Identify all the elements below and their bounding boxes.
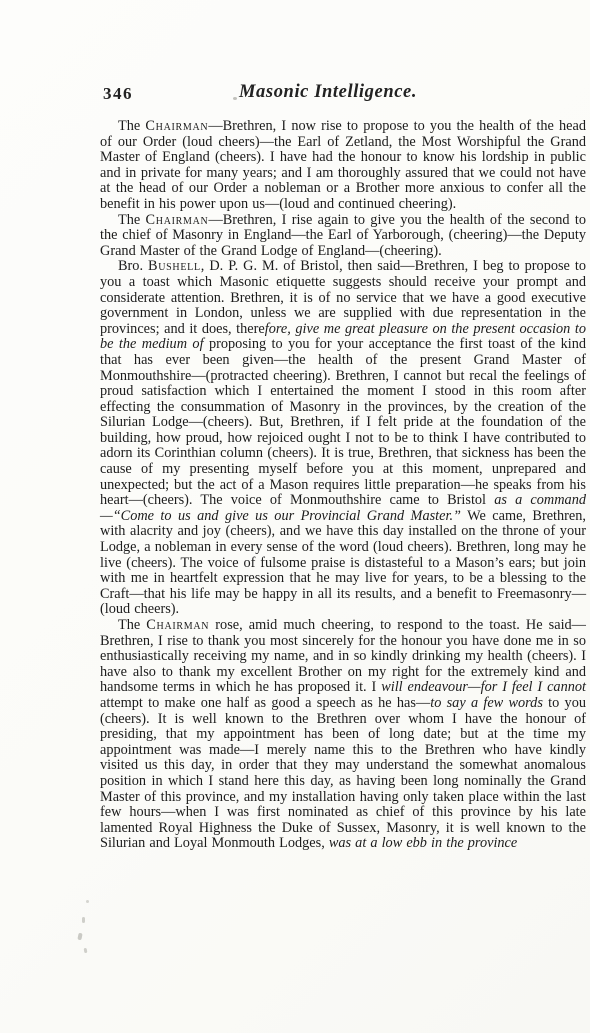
text-segment: Bushell — [148, 258, 201, 274]
scan-artifact — [86, 900, 89, 903]
text-segment: Chairman — [146, 617, 209, 633]
paragraph: The Chairman—Brethren, I now rise to pro… — [100, 119, 586, 213]
body-text: The Chairman—Brethren, I now rise to pro… — [100, 119, 586, 852]
text-segment: proposing to you for your acceptance the… — [100, 336, 586, 508]
text-segment: attempt to make one half as good a speec… — [100, 695, 430, 711]
paragraph: The Chairman rose, amid much cheering, t… — [100, 618, 586, 852]
scan-artifact — [556, 432, 559, 434]
text-segment: Chairman — [146, 212, 209, 228]
paragraph: The Chairman—Brethren, I rise again to g… — [100, 213, 586, 260]
text-segment: We came, Brethren, with alacrity and joy… — [100, 508, 586, 618]
text-segment: The — [118, 212, 146, 228]
text-segment: to say a few words — [430, 695, 543, 711]
text-segment: Chairman — [145, 118, 208, 134]
text-segment: was at a low ebb in the province — [329, 835, 517, 851]
scan-artifact — [233, 97, 237, 100]
scan-artifact — [82, 917, 85, 923]
page-number: 346 — [103, 84, 133, 104]
text-segment: The — [118, 617, 146, 633]
page-title: Masonic Intelligence. — [239, 82, 417, 103]
document-page: 346 Masonic Intelligence. The Chairman—B… — [0, 0, 590, 1033]
text-segment: Bro. — [118, 258, 148, 274]
text-segment: The — [118, 118, 145, 134]
text-segment: will endeavour—for I feel I cannot — [381, 679, 586, 695]
scan-artifact — [77, 933, 82, 941]
scan-artifact — [84, 948, 88, 953]
paragraph: Bro. Bushell, D. P. G. M. of Bristol, th… — [100, 259, 586, 618]
text-segment: to you (cheers). It is well known to the… — [100, 695, 586, 851]
